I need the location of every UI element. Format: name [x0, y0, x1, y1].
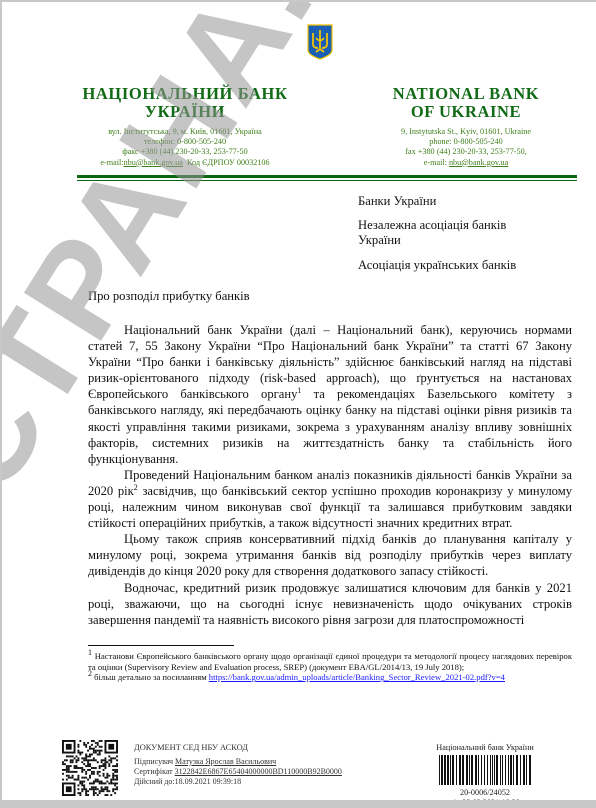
- letter-subject: Про розподіл прибутку банків: [88, 289, 250, 304]
- paragraph-3: Цьому також сприяв консервативний підхід…: [88, 531, 572, 579]
- header-divider-thick: [77, 175, 577, 178]
- header-english: NATIONAL BANK OF UKRAINE 9, Instytutska …: [360, 85, 572, 168]
- email-label: e-mail:: [100, 158, 123, 167]
- email-link-ua[interactable]: nbu@bank.gov.ua: [124, 158, 183, 167]
- edrpou-code: Код ЄДРПОУ 00032106: [187, 158, 270, 167]
- address-en: 9, Instytutska St., Kyiv, 01601, Ukraine: [360, 127, 572, 137]
- bank-name-ua-line1: НАЦІОНАЛЬНИЙ БАНК: [80, 85, 290, 103]
- registration-stamp: Національний банк України 20-0006/24052 …: [410, 743, 560, 800]
- fax-ua: факс +380 (44) 230-20-33, 253-77-50: [80, 147, 290, 157]
- phone-ua: телефон: 0-800-505-240: [80, 137, 290, 147]
- signature-title: ДОКУМЕНТ СЕД НБУ АСКОД: [134, 743, 342, 753]
- paragraph-2: Проведений Національним банком аналіз по…: [88, 467, 572, 531]
- addressee-1: Банки України: [358, 194, 436, 209]
- email-line-en: e-mail: nbu@bank.gov.ua: [360, 158, 572, 168]
- barcode-icon: [439, 755, 531, 785]
- footnotes: 1 Настанови Європейського банківського о…: [88, 651, 572, 683]
- document-page: НАЦІОНАЛЬНИЙ БАНК УКРАЇНИ вул. Інститутс…: [2, 2, 596, 800]
- registration-number: 20-0006/24052: [410, 788, 560, 798]
- certificate-number: 3122842E6867E65404000000BD110000B92B0000: [175, 767, 342, 776]
- bank-name-en-line2: OF UKRAINE: [360, 103, 572, 121]
- certificate-line: Сертифікат 3122842E6867E65404000000BD110…: [134, 767, 342, 777]
- email-label: e-mail:: [424, 158, 449, 167]
- signer-name: Матузка Ярослав Васильович: [175, 757, 276, 766]
- bank-name-ua-line2: УКРАЇНИ: [80, 103, 290, 121]
- header-ukrainian: НАЦІОНАЛЬНИЙ БАНК УКРАЇНИ вул. Інститутс…: [80, 85, 290, 168]
- registration-org: Національний банк України: [410, 743, 560, 753]
- trident-coat-of-arms-icon: [307, 24, 333, 60]
- addressee-2: Незалежна асоціація банків України: [358, 218, 518, 248]
- footnote-1: 1 Настанови Європейського банківського о…: [88, 651, 572, 672]
- footnote-separator: [88, 645, 234, 646]
- bank-name-en-line1: NATIONAL BANK: [360, 85, 572, 103]
- report-link[interactable]: https://bank.gov.ua/admin_uploads/articl…: [209, 672, 505, 682]
- valid-until-line: Дійсний до:18.09.2021 09:39:18: [134, 777, 342, 787]
- addressee-3: Асоціація українських банків: [358, 258, 516, 273]
- paragraph-1: Національний банк України (далі – Націон…: [88, 322, 572, 467]
- registration-date: від 22.03.2021 16:39: [410, 798, 560, 800]
- email-link-en[interactable]: nbu@bank.gov.ua: [449, 158, 508, 167]
- phone-en: phone: 0-800-505-240: [360, 137, 572, 147]
- qr-code-icon: [62, 740, 118, 796]
- address-ua: вул. Інститутська, 9, м. Київ, 01601, Ук…: [80, 127, 290, 137]
- valid-until: 18.09.2021 09:39:18: [175, 777, 241, 786]
- letter-body: Національний банк України (далі – Націон…: [88, 322, 572, 628]
- footnote-2: 2 більш детально за посиланням https://b…: [88, 672, 572, 683]
- digital-signature-block: ДОКУМЕНТ СЕД НБУ АСКОД Підписувач Матузк…: [134, 743, 342, 787]
- paragraph-4: Водночас, кредитний ризик продовжує зали…: [88, 580, 572, 628]
- email-line-ua: e-mail:nbu@bank.gov.ua Код ЄДРПОУ 000321…: [80, 158, 290, 168]
- fax-en: fax +380 (44) 230-20-33, 253-77-50,: [360, 147, 572, 157]
- header-divider-thin: [77, 180, 577, 181]
- signer-line: Підписувач Матузка Ярослав Васильович: [134, 757, 342, 767]
